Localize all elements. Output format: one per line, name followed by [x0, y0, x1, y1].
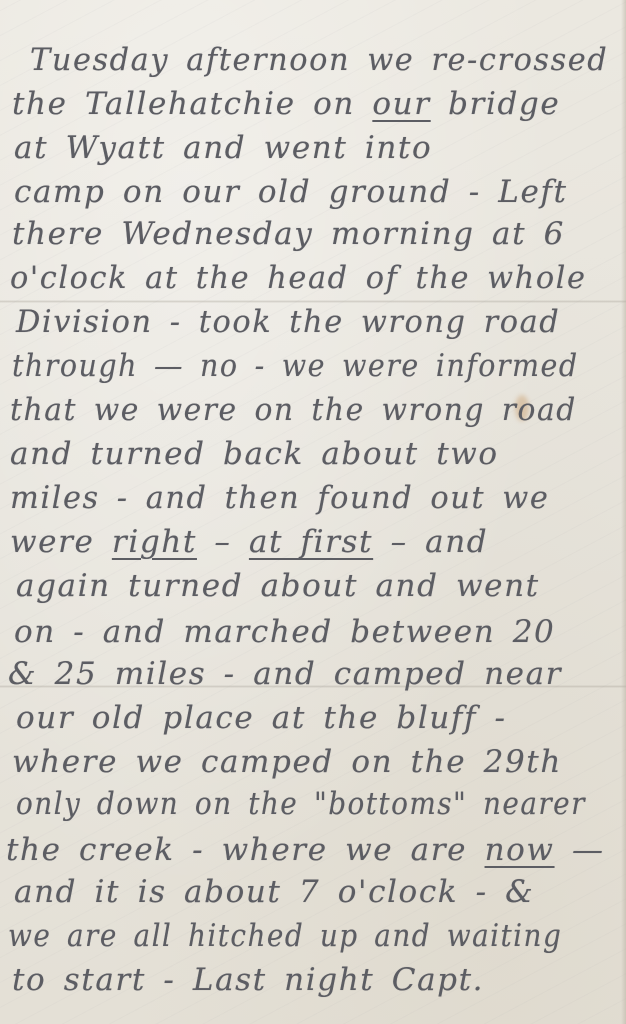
underlined-word: at first	[249, 524, 373, 560]
text-line: through — no - we were informed	[12, 346, 570, 386]
text-line: miles - and then found out we	[10, 478, 604, 518]
text-line: the Tallehatchie on our bridge	[12, 84, 618, 124]
text-segment: were	[10, 524, 112, 560]
text-line: Division - took the wrong road	[16, 302, 610, 342]
text-line: were right – at first – and	[10, 522, 616, 562]
text-line: on - and marched between 20	[14, 612, 620, 652]
text-line: there Wednesday morning at 6	[12, 214, 618, 254]
text-segment: —	[555, 832, 605, 868]
text-line: we are all hitched up and waiting	[8, 916, 553, 956]
handwritten-text: Tuesday afternoon we re-crossed the Tall…	[0, 0, 626, 1024]
text-line: o'clock at the head of the whole	[10, 258, 604, 298]
underlined-word: our	[372, 86, 430, 122]
text-line: camp on our old ground - Left	[14, 172, 620, 212]
manuscript-page: Tuesday afternoon we re-crossed the Tall…	[0, 0, 626, 1024]
underlined-word: right	[112, 524, 197, 560]
text-line: that we were on the wrong road	[10, 390, 592, 430]
text-line: and turned back about two	[10, 434, 616, 474]
text-line: at Wyatt and went into	[14, 128, 620, 168]
text-line: our old place at the bluff -	[16, 698, 622, 738]
text-line: and it is about 7 o'clock - &	[14, 872, 620, 912]
underlined-word: now	[485, 832, 555, 868]
text-segment: the creek - where we are	[6, 832, 485, 868]
text-line: to start - Last night Capt.	[12, 960, 618, 1000]
text-line: only down on the "bottoms" nearer	[16, 784, 561, 824]
text-segment: bridge	[431, 86, 561, 122]
text-segment: – and	[373, 524, 488, 560]
text-line: Tuesday afternoon we re-crossed	[30, 40, 624, 80]
text-segment: –	[197, 524, 249, 560]
text-line: & 25 miles - and camped near	[8, 654, 614, 694]
text-segment: the Tallehatchie on	[12, 86, 372, 122]
text-line: again turned about and went	[16, 566, 622, 606]
text-line: where we camped on the 29th	[12, 742, 618, 782]
text-line: the creek - where we are now —	[6, 830, 612, 870]
